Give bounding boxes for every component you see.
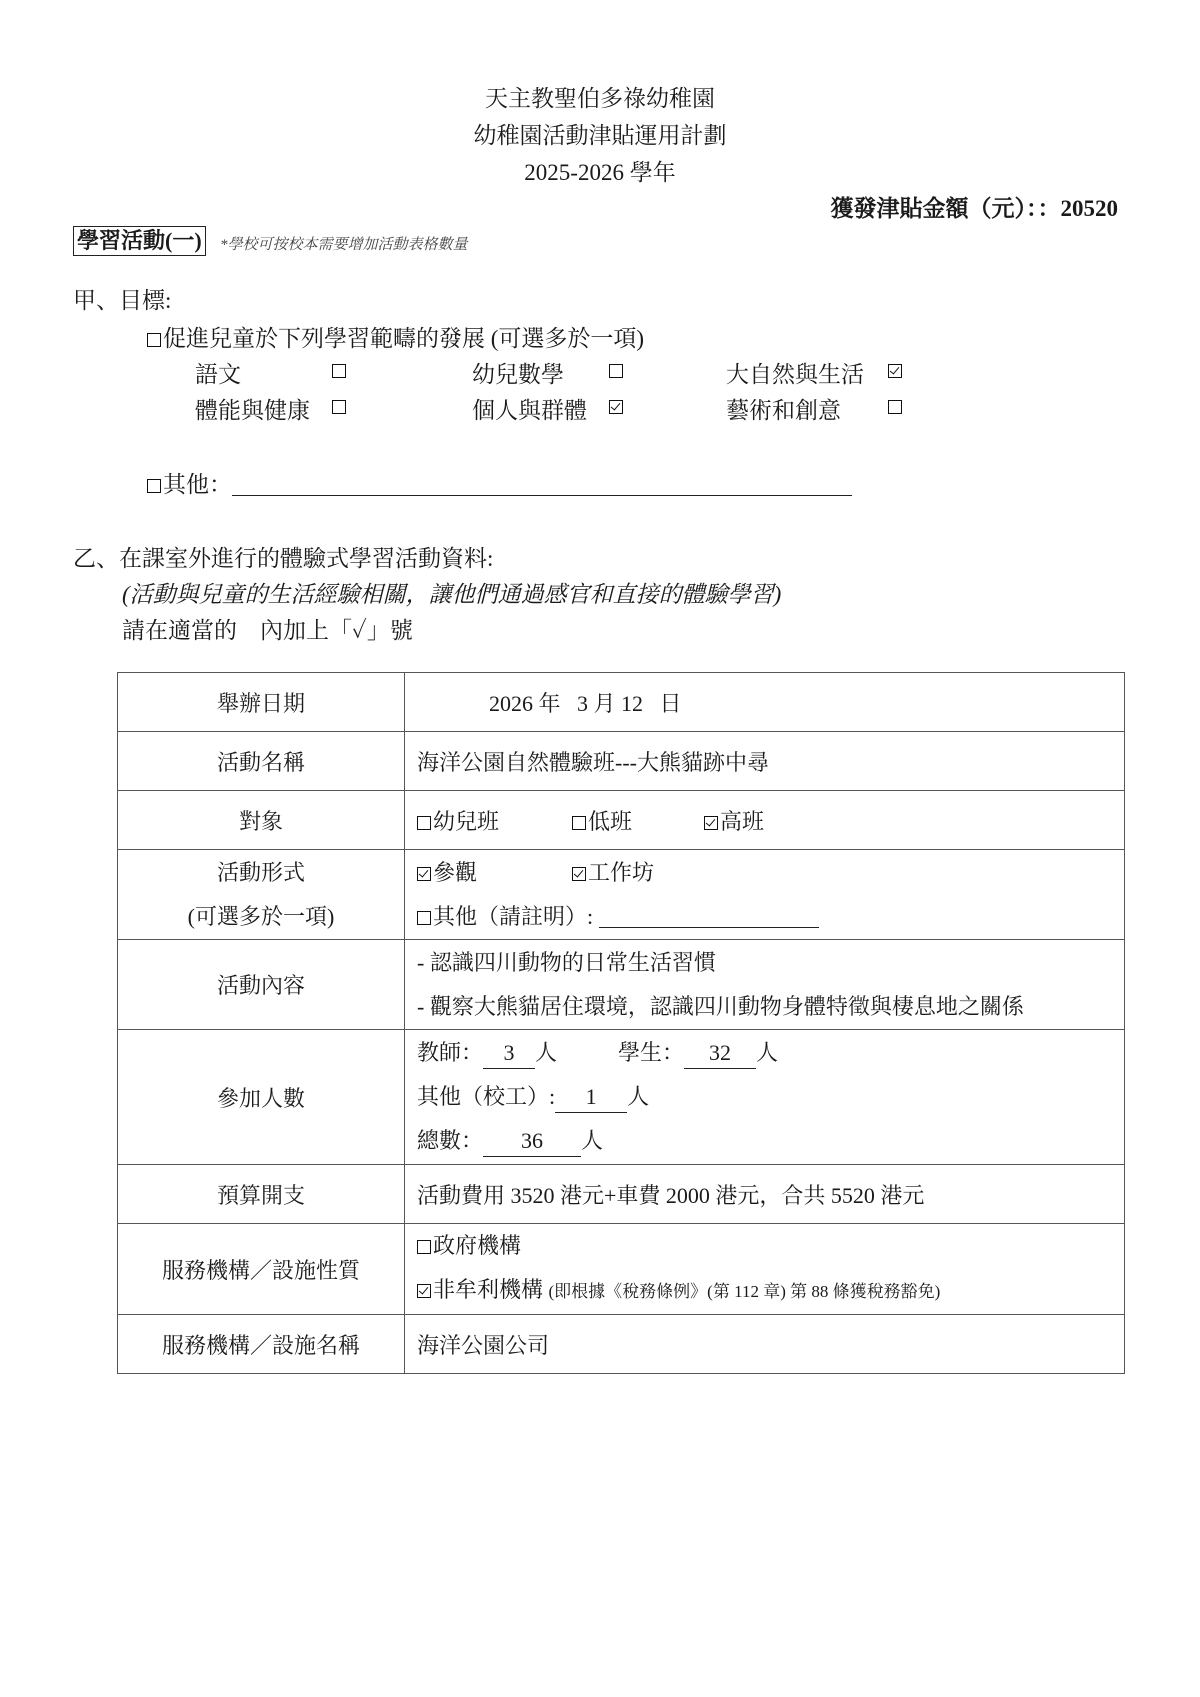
promote-checkbox[interactable] bbox=[147, 333, 161, 347]
part-b-note: (活動與兒童的生活經驗相關，讓他們通過感官和直接的體驗學習) bbox=[122, 576, 781, 609]
activity-name-label: 活動名稱 bbox=[118, 732, 405, 791]
domain-checkbox-self-society[interactable] bbox=[609, 400, 623, 414]
format-option-visit[interactable]: 參觀 bbox=[417, 851, 572, 895]
content-label: 活動內容 bbox=[118, 940, 405, 1030]
participants-label: 參加人數 bbox=[118, 1030, 405, 1165]
target-label: 對象 bbox=[118, 791, 405, 850]
target-option-k1[interactable]: 幼兒班 bbox=[417, 805, 572, 836]
grant-amount-label: 獲發津貼金額（元）：： bbox=[831, 196, 1061, 221]
provider-option-gov[interactable]: 政府機構 bbox=[417, 1224, 1112, 1268]
row-name: 活動名稱 海洋公園自然體驗班---大熊貓跡中尋 bbox=[118, 732, 1125, 791]
domain-label-language: 語文 bbox=[195, 356, 241, 389]
domain-label-arts: 藝術和創意 bbox=[726, 392, 841, 425]
provider-label-gov: 政府機構 bbox=[433, 1233, 521, 1258]
total-count[interactable]: 36 bbox=[483, 1126, 581, 1157]
promote-label: 促進兒童於下列學習範疇的發展 (可選多於一項) bbox=[163, 326, 644, 351]
content-value[interactable]: - 認識四川動物的日常生活習慣 - 觀察大熊貓居住環境，認識四川動物身體特徵與棲… bbox=[405, 940, 1125, 1030]
target-option-k3[interactable]: 高班 bbox=[704, 809, 764, 834]
target-label-k2: 低班 bbox=[588, 809, 632, 834]
section-note: *學校可按校本需要增加活動表格數量 bbox=[220, 233, 468, 254]
domain-label-nature: 大自然與生活 bbox=[726, 356, 864, 389]
format-sublabel: (可選多於一項) bbox=[130, 895, 392, 939]
content-item: - 觀察大熊貓居住環境，認識四川動物身體特徵與棲息地之關係 bbox=[417, 985, 1112, 1029]
others-count[interactable]: 1 bbox=[555, 1082, 627, 1113]
format-label: 活動形式 bbox=[130, 851, 392, 895]
format-checkbox-other[interactable] bbox=[417, 911, 431, 925]
domain-label-physical: 體能與健康 bbox=[195, 392, 310, 425]
domain-checkbox-arts[interactable] bbox=[888, 400, 902, 414]
budget-label: 預算開支 bbox=[118, 1165, 405, 1224]
activity-name-value[interactable]: 海洋公園自然體驗班---大熊貓跡中尋 bbox=[405, 732, 1125, 791]
provider-label-npo: 非牟利機構 bbox=[433, 1277, 543, 1302]
row-provider-name: 服務機構／設施名稱 海洋公園公司 bbox=[118, 1315, 1125, 1374]
budget-value[interactable]: 活動費用 3520 港元+車費 2000 港元，合共 5520 港元 bbox=[405, 1165, 1125, 1224]
grant-amount: 獲發津貼金額（元）：：20520 bbox=[831, 190, 1119, 223]
provider-name-label: 服務機構／設施名稱 bbox=[118, 1315, 405, 1374]
format-other-input[interactable] bbox=[599, 905, 819, 928]
target-label-k1: 幼兒班 bbox=[433, 809, 499, 834]
date-label: 舉辦日期 bbox=[118, 673, 405, 732]
format-option-workshop[interactable]: 工作坊 bbox=[572, 860, 654, 885]
school-name: 天主教聖伯多祿幼稚園 bbox=[0, 80, 1200, 113]
students-count[interactable]: 32 bbox=[684, 1038, 756, 1069]
grant-amount-value: 20520 bbox=[1061, 196, 1119, 221]
provider-type-label: 服務機構／設施性質 bbox=[118, 1224, 405, 1315]
domain-checkbox-physical[interactable] bbox=[332, 400, 346, 414]
format-other-label: 其他（請註明）: bbox=[433, 904, 593, 929]
format-option-other[interactable]: 其他（請註明）: bbox=[417, 895, 1112, 939]
content-item: - 認識四川動物的日常生活習慣 bbox=[417, 941, 1112, 985]
target-label-k3: 高班 bbox=[720, 809, 764, 834]
teachers-count[interactable]: 3 bbox=[483, 1038, 535, 1069]
total-label: 總數： bbox=[417, 1128, 483, 1153]
students-label: 學生： bbox=[618, 1040, 684, 1065]
date-year-unit: 年 bbox=[539, 691, 561, 716]
domain-label-self-society: 個人與群體 bbox=[472, 392, 587, 425]
target-options: 幼兒班低班高班 bbox=[405, 791, 1125, 850]
total-unit: 人 bbox=[581, 1128, 603, 1153]
date-day: 12 bbox=[621, 691, 643, 716]
row-participants: 參加人數 教師：3人 學生：32人 其他（校工）:1人 總數：36人 bbox=[118, 1030, 1125, 1165]
domain-label-math: 幼兒數學 bbox=[472, 356, 564, 389]
provider-type-options: 政府機構 非牟利機構 (即根據《稅務條例》(第 112 章) 第 88 條獲稅務… bbox=[405, 1224, 1125, 1315]
format-checkbox-visit[interactable] bbox=[417, 867, 431, 881]
other-objective-input[interactable] bbox=[232, 473, 852, 496]
domain-checkbox-nature[interactable] bbox=[888, 364, 902, 378]
target-checkbox-k3[interactable] bbox=[704, 816, 718, 830]
students-unit: 人 bbox=[756, 1040, 778, 1065]
format-options: 參觀工作坊 其他（請註明）: bbox=[405, 850, 1125, 940]
row-date: 舉辦日期 2026 年 3 月 12 日 bbox=[118, 673, 1125, 732]
row-content: 活動內容 - 認識四川動物的日常生活習慣 - 觀察大熊貓居住環境，認識四川動物身… bbox=[118, 940, 1125, 1030]
provider-option-npo[interactable]: 非牟利機構 (即根據《稅務條例》(第 112 章) 第 88 條獲稅務豁免) bbox=[417, 1268, 1112, 1314]
provider-checkbox-gov[interactable] bbox=[417, 1240, 431, 1254]
row-budget: 預算開支 活動費用 3520 港元+車費 2000 港元，合共 5520 港元 bbox=[118, 1165, 1125, 1224]
teachers-unit: 人 bbox=[535, 1040, 557, 1065]
provider-name-value[interactable]: 海洋公園公司 bbox=[405, 1315, 1125, 1374]
row-target: 對象 幼兒班低班高班 bbox=[118, 791, 1125, 850]
date-day-unit: 日 bbox=[660, 691, 682, 716]
date-month: 3 bbox=[577, 691, 588, 716]
row-format: 活動形式 (可選多於一項) 參觀工作坊 其他（請註明）: bbox=[118, 850, 1125, 940]
school-year: 2025-2026 學年 bbox=[0, 154, 1200, 187]
target-option-k2[interactable]: 低班 bbox=[572, 805, 704, 836]
part-b-heading: 乙、在課室外進行的體驗式學習活動資料: bbox=[73, 540, 493, 573]
date-value[interactable]: 2026 年 3 月 12 日 bbox=[405, 673, 1125, 732]
date-year: 2026 bbox=[417, 691, 533, 716]
others-unit: 人 bbox=[627, 1084, 649, 1109]
other-objective-checkbox[interactable] bbox=[147, 479, 161, 493]
other-objective: 其他： bbox=[147, 466, 852, 499]
format-label-cell: 活動形式 (可選多於一項) bbox=[118, 850, 405, 940]
domain-checkbox-math[interactable] bbox=[609, 364, 623, 378]
format-checkbox-workshop[interactable] bbox=[572, 867, 586, 881]
part-a-heading: 甲、目標: bbox=[73, 282, 171, 315]
section-title: 學習活動(一) bbox=[73, 226, 206, 256]
part-b-instruction: 請在適當的 內加上「✓」號 bbox=[122, 612, 413, 645]
domain-checkbox-language[interactable] bbox=[332, 364, 346, 378]
other-objective-label: 其他： bbox=[163, 472, 232, 497]
activity-table: 舉辦日期 2026 年 3 月 12 日 活動名稱 海洋公園自然體驗班---大熊… bbox=[117, 672, 1125, 1374]
promote-option: 促進兒童於下列學習範疇的發展 (可選多於一項) bbox=[147, 320, 644, 353]
date-month-unit: 月 bbox=[594, 691, 616, 716]
teachers-label: 教師： bbox=[417, 1040, 483, 1065]
participants-value: 教師：3人 學生：32人 其他（校工）:1人 總數：36人 bbox=[405, 1030, 1125, 1165]
format-label-workshop: 工作坊 bbox=[588, 860, 654, 885]
provider-checkbox-npo[interactable] bbox=[417, 1284, 431, 1298]
format-label-visit: 參觀 bbox=[433, 860, 477, 885]
provider-npo-note: (即根據《稅務條例》(第 112 章) 第 88 條獲稅務豁免) bbox=[549, 1282, 941, 1301]
others-label: 其他（校工）: bbox=[417, 1084, 555, 1109]
target-checkbox-k2[interactable] bbox=[572, 816, 586, 830]
target-checkbox-k1[interactable] bbox=[417, 816, 431, 830]
plan-title: 幼稚園活動津貼運用計劃 bbox=[0, 117, 1200, 150]
row-provider-type: 服務機構／設施性質 政府機構 非牟利機構 (即根據《稅務條例》(第 112 章)… bbox=[118, 1224, 1125, 1315]
